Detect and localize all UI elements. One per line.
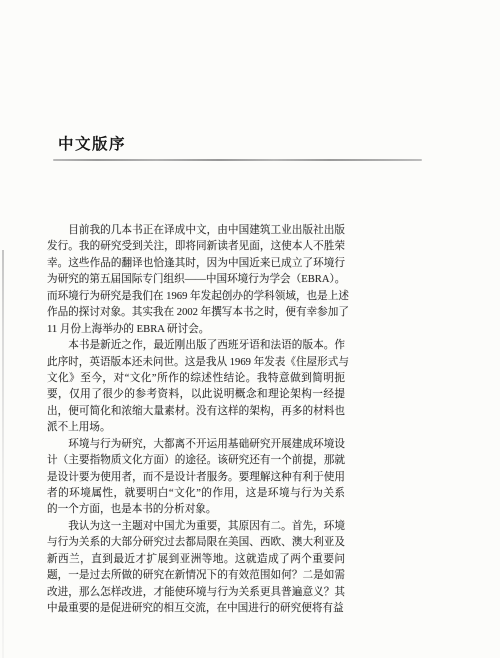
text-line: 要，仅用了很少的参考资料，以此说明概念和理论架构一经提	[47, 387, 345, 403]
text-line: 而环境行为研究是我们在 1969 年发起创办的学科领域，也是上述	[47, 289, 345, 305]
paragraph-3: 环境与行为研究，大都离不开运用基础研究开展建成环境设计（主要指物质文化方面）的途…	[47, 437, 345, 519]
text-line: 派不上用场。	[47, 420, 345, 436]
text-line: 本书是新近之作，最近刚出版了西班牙语和法语的版本。作	[47, 338, 345, 354]
text-line: 计（主要指物质文化方面）的途径。该研究还有一个前提，那就	[47, 453, 345, 469]
text-line: 出，便可简化和浓缩大量素材。没有这样的架构，再多的材料也	[47, 404, 345, 420]
title-underline	[53, 159, 422, 161]
text-line: 幸。这些作品的翻译也恰逢其时，因为中国近来已成立了环境行	[47, 256, 345, 272]
text-line: 是设计要为使用者，而不是设计者服务。要理解这种有利于使用	[47, 470, 345, 486]
book-page: 中文版序 目前我的几本书正在译成中文，由中国建筑工业出版社出版发行。我的研究受到…	[0, 0, 500, 658]
text-line: 11 月份上海举办的 EBRA 研讨会。	[47, 322, 345, 338]
paragraph-1: 目前我的几本书正在译成中文，由中国建筑工业出版社出版发行。我的研究受到关注，即将…	[47, 223, 345, 338]
text-line: 中最重要的是促进研究的相互交流，在中国进行的研究便将有益	[47, 601, 345, 617]
text-line: 我认为这一主题对中国尤为重要，其原因有二。首先，环境	[47, 519, 345, 535]
text-line: 环境与行为研究，大都离不开运用基础研究开展建成环境设	[47, 437, 345, 453]
preface-body: 目前我的几本书正在译成中文，由中国建筑工业出版社出版发行。我的研究受到关注，即将…	[47, 223, 345, 618]
paragraph-2: 本书是新近之作，最近刚出版了西班牙语和法语的版本。作此序时，英语版本还未问世。这…	[47, 338, 345, 437]
text-line: 作品的探讨对象。其实我在 2002 年撰写本书之时，便有幸参加了	[47, 305, 345, 321]
text-line: 文化》至今，对“文化”所作的综述性结论。我特意做到简明扼	[47, 371, 345, 387]
page-title: 中文版序	[58, 132, 126, 154]
page-edge-shadow	[2, 250, 4, 658]
text-line: 者的环境属性，就要明白“文化”的作用，这是环境与行为关系	[47, 486, 345, 502]
text-line: 发行。我的研究受到关注，即将同新读者见面，这使本人不胜荣	[47, 239, 345, 255]
text-line: 的一个方面，也是本书的分析对象。	[47, 502, 345, 518]
text-line: 与行为关系的大部分研究过去都局限在美国、西欧、澳大利亚及	[47, 535, 345, 551]
text-line: 目前我的几本书正在译成中文，由中国建筑工业出版社出版	[47, 223, 345, 239]
text-line: 为研究的第五届国际专门组织——中国环境行为学会（EBRA）。	[47, 272, 345, 288]
text-line: 改进，那么怎样改进，才能使环境与行为关系更具普遍意义？其	[47, 585, 345, 601]
text-line: 新西兰，直到最近才扩展到亚洲等地。这就造成了两个重要问	[47, 552, 345, 568]
text-line: 此序时，英语版本还未问世。这是我从 1969 年发表《住屋形式与	[47, 355, 345, 371]
text-line: 题，一是过去所做的研究在新情况下的有效范围如何？二是如需	[47, 568, 345, 584]
paragraph-4: 我认为这一主题对中国尤为重要，其原因有二。首先，环境与行为关系的大部分研究过去都…	[47, 519, 345, 618]
